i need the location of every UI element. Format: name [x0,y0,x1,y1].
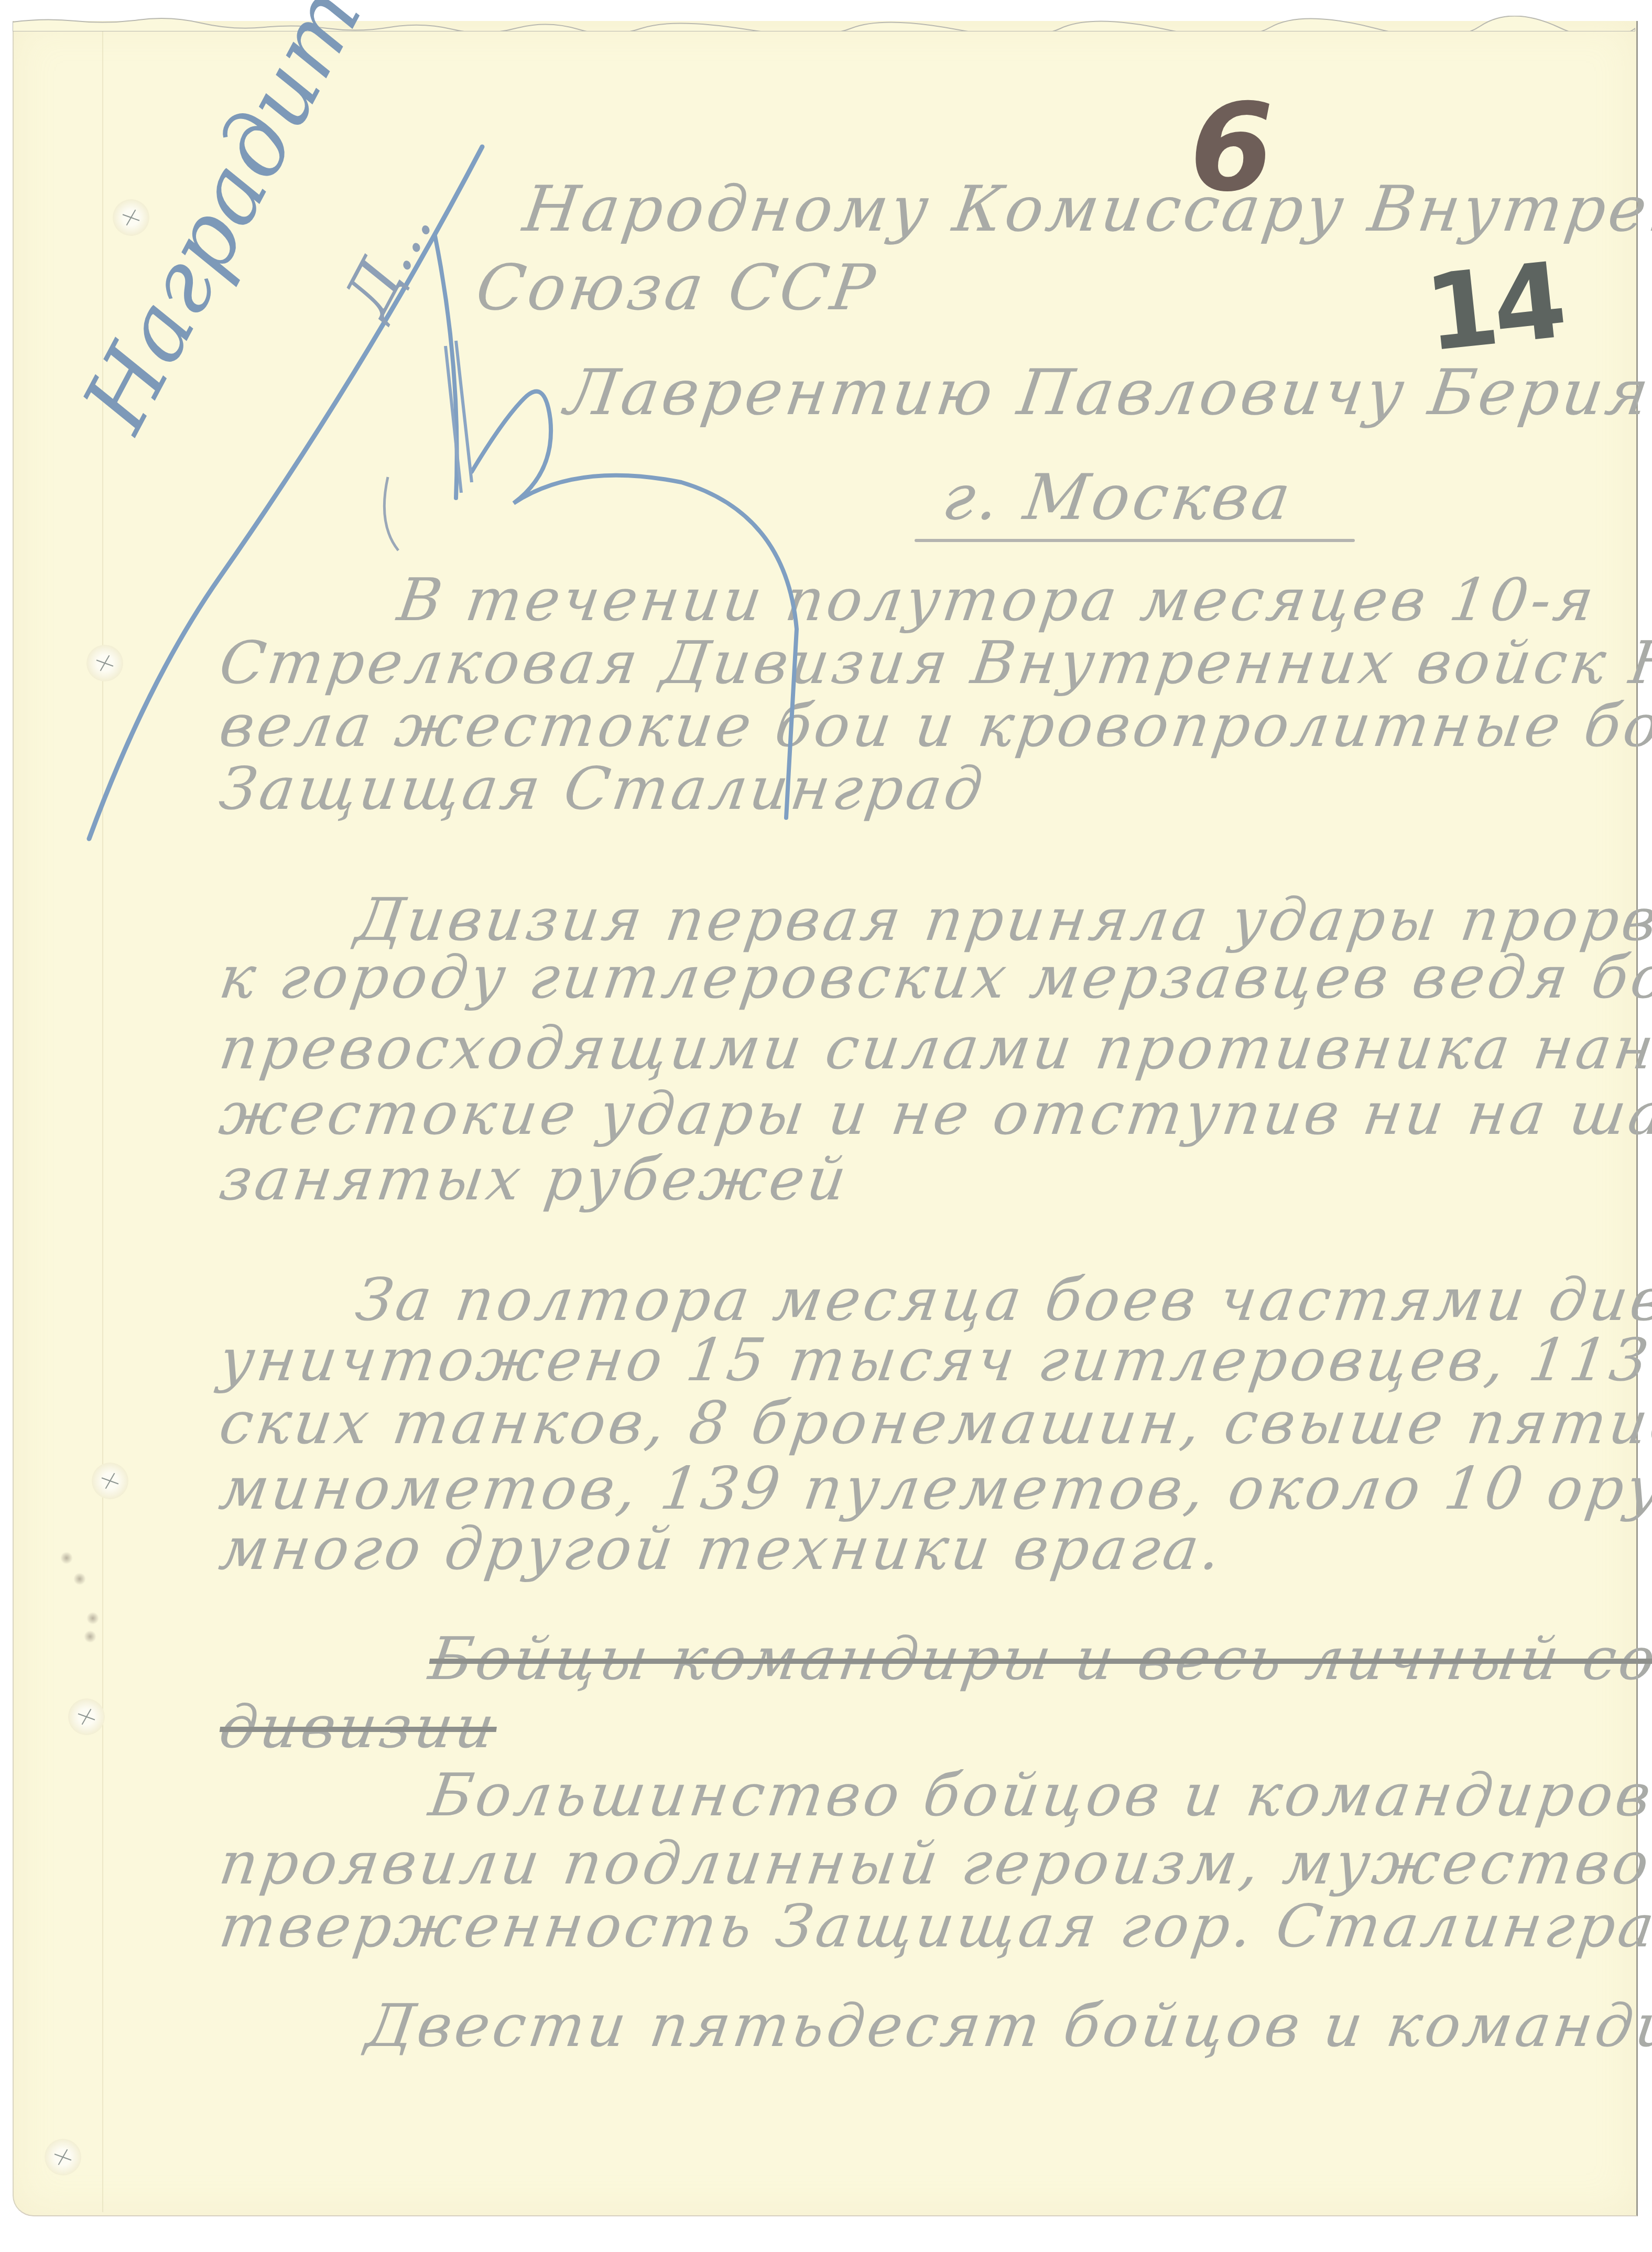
body-line: ских танков, 8 бронемашин, свыше пятидес… [215,1389,1652,1457]
punch-hole [68,1698,105,1735]
body-line: к городу гитлеровских мерзавцев ведя бои… [215,944,1652,1012]
body-line: За полтора месяца боев частями дивизии [352,1266,1652,1334]
struck-line: Бойцы командиры и весь личный состав [425,1625,1652,1693]
punch-hole [86,645,123,681]
body-line: Защищая Сталинград [215,755,990,823]
body-line: проявили подлинный героизм, мужество и с… [215,1829,1652,1898]
body-line: занятых рубежей [215,1145,853,1214]
addressee-line-1: Народному Комиссару Внутренних [519,173,1652,246]
smudge [73,1573,86,1585]
punch-hole [45,2139,81,2175]
addressee-line-3: Лаврентию Павловичу Берия [561,356,1652,429]
body-line: вела жестокие бои и кровопролитные бои [215,692,1652,760]
body-line: уничтожено 15 тысяч гитлеровцев, 113 вра… [215,1326,1652,1394]
body-line: Двести пятьдесят бойцов и командиров [362,1992,1652,2060]
body-line: тверженность Защищая гор. Сталинград [215,1892,1652,1961]
body-line: минометов, 139 пулеметов, около 10 оруди… [215,1455,1652,1523]
torn-top-edge [13,16,1635,31]
struck-line: дивизии [215,1693,502,1761]
punch-hole [92,1463,128,1499]
body-line: Большинство бойцов и командиров дивизии [425,1761,1652,1829]
smudge [60,1552,73,1564]
body-line: много другой техники врага. [215,1515,1228,1583]
body-line: В течении полутора месяцев 10-я [394,566,1601,634]
body-line: жестокие удары и не отступив ни на шаг о… [215,1080,1652,1148]
city-underline [915,539,1355,542]
addressee-city: г. Москва [938,461,1298,534]
punch-hole [113,199,149,236]
body-line: Стрелковая Дивизия Внутренних войск НКВД [215,629,1652,697]
addressee-line-2: Союза ССР [472,252,882,324]
smudge [84,1630,96,1643]
smudge [86,1612,99,1625]
body-line: превосходящими силами противника нанося … [215,1014,1652,1082]
folio-stamp-number: 14 [1420,240,1567,375]
